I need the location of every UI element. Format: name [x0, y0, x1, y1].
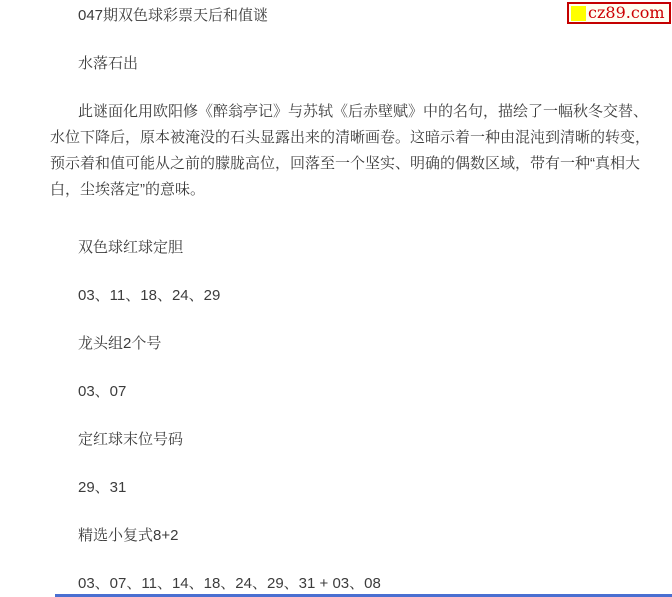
- section-label-red-ball-dan: 双色球红球定胆: [50, 235, 654, 261]
- riddle-phrase: 水落石出: [50, 51, 654, 77]
- section-value-red-ball-dan: 03、11、18、24、29: [50, 283, 654, 309]
- section-value-red-ball-tail: 29、31: [50, 475, 654, 501]
- section-value-dragon-head: 03、07: [50, 379, 654, 405]
- section-label-dragon-head: 龙头组2个号: [50, 331, 654, 357]
- logo-yellow-square-icon: [571, 6, 586, 21]
- section-label-red-ball-tail: 定红球末位号码: [50, 427, 654, 453]
- site-logo[interactable]: cz89.com: [567, 2, 671, 24]
- section-label-small-multiple: 精选小复式8+2: [50, 523, 654, 549]
- logo-site-name: cz89.com: [588, 5, 665, 21]
- riddle-explanation: 此谜面化用欧阳修《醉翁亭记》与苏轼《后赤壁赋》中的名句，描绘了一幅秋冬交替、水位…: [50, 99, 654, 203]
- article-title: 047期双色球彩票天后和值谜: [50, 3, 654, 29]
- article-page: cz89.com 047期双色球彩票天后和值谜 水落石出 此谜面化用欧阳修《醉翁…: [0, 0, 672, 597]
